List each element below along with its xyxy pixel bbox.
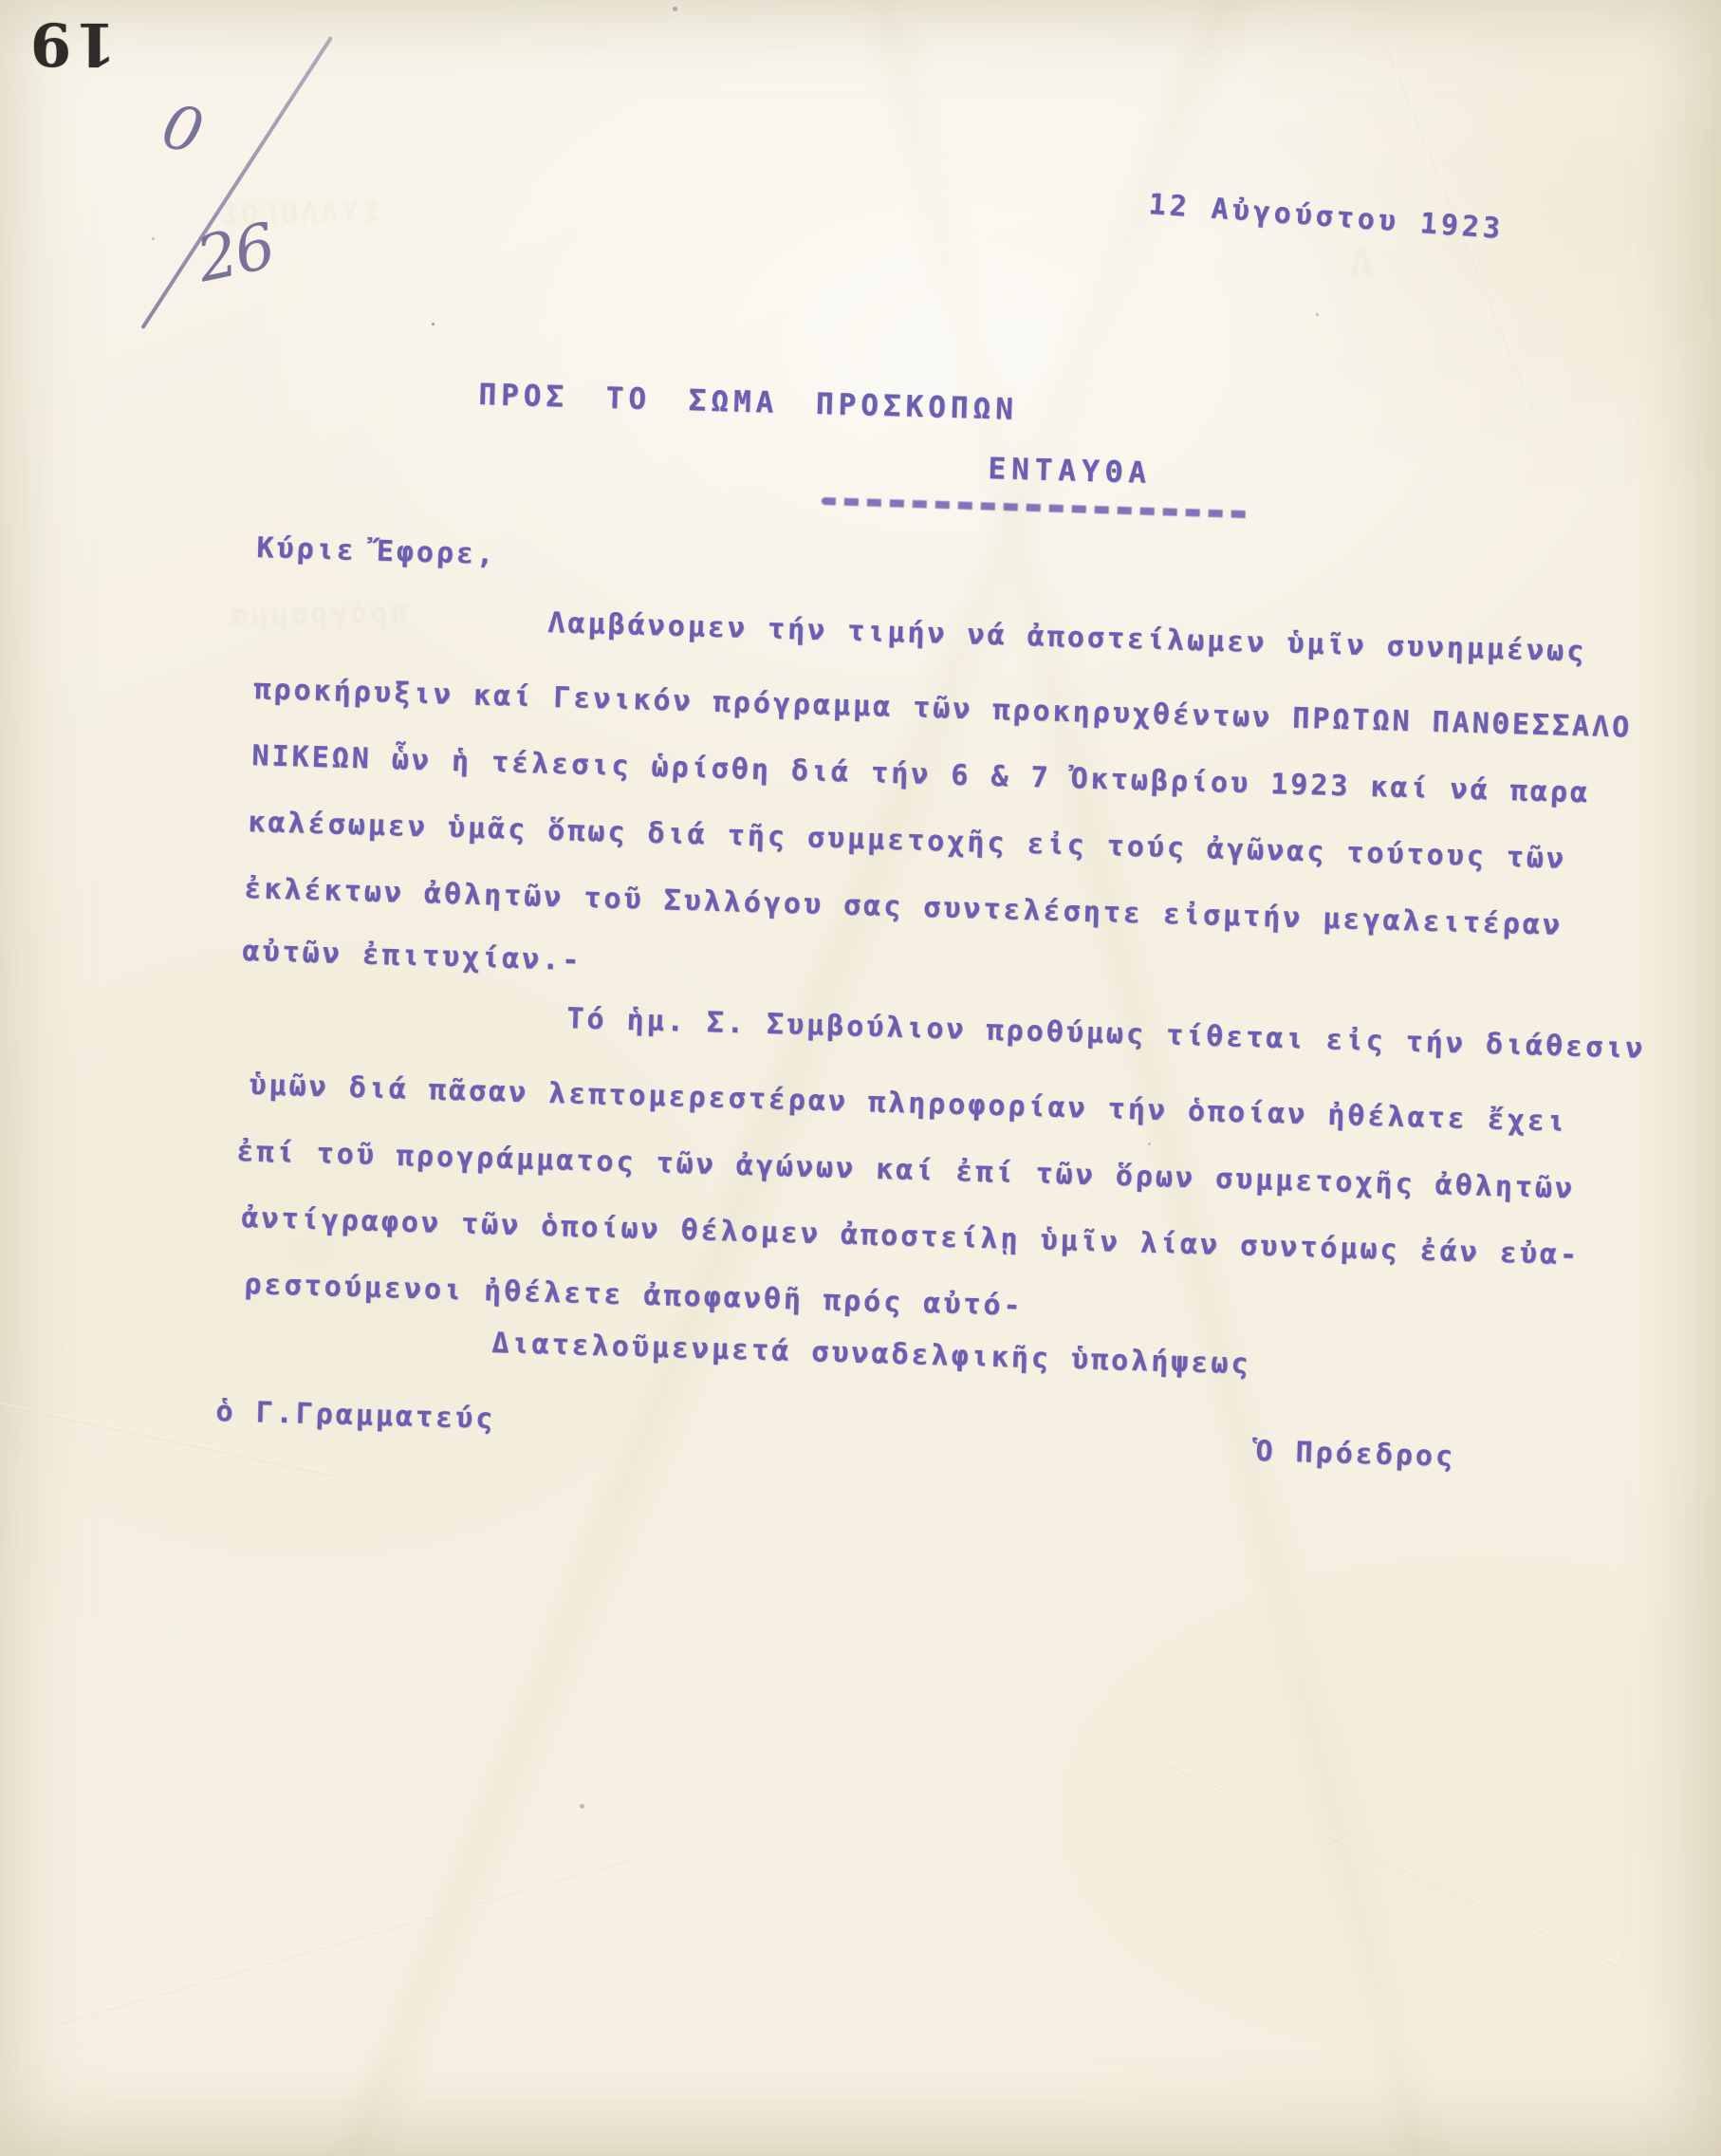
closing-line: Διατελοῦμενμετά συναδελφικῆς ὑπολήψεως bbox=[491, 1327, 1251, 1381]
bleed-through-text: Λ bbox=[1347, 242, 1374, 286]
body-line: προκήρυξιν καί Γενικόν πρόγραμμα τῶν προ… bbox=[253, 673, 1633, 745]
letter-date: 12 Αὐγούστου 1923 bbox=[1148, 188, 1506, 246]
location-line: ΕΝΤΑΥΘΑ bbox=[988, 452, 1153, 491]
body-line: ρεστούμενοι ἠθέλετε ἀποφανθῆ πρός αὐτό- bbox=[244, 1268, 1024, 1323]
body-line: Λαμβάνομεν τήν τιμήν νά ἀποστείλωμεν ὑμῖ… bbox=[547, 606, 1587, 669]
recipient-line: ΠΡΟΣ ΤΟ ΣΩΜΑ ΠΡΟΣΚΟΠΩΝ bbox=[478, 378, 1018, 427]
body-line: ἐπί τοῦ προγράμματος τῶν ἀγώνων καί ἐπί … bbox=[236, 1135, 1576, 1205]
body-line: ὑμῶν διά πᾶσαν λεπτομερεστέραν πληροφορί… bbox=[249, 1069, 1567, 1139]
body-line: αὐτῶν ἐπιτυχίαν.- bbox=[242, 935, 583, 977]
salutation: Κύριε Ἔφορε, bbox=[256, 531, 497, 571]
body-line: καλέσωμεν ὑμᾶς ὅπως διά τῆς συμμετοχῆς ε… bbox=[248, 806, 1566, 876]
body-line: ἐκλέκτων ἀθλητῶν τοῦ Συλλόγου σας συντελ… bbox=[244, 872, 1563, 942]
body-line: Τό ἡμ. Σ. Συμβούλιον προθύμως τίθεται εἰ… bbox=[566, 1002, 1646, 1066]
body-line: ἀντίγραφον τῶν ὁποίων θέλομεν ἀποστείλῃ … bbox=[241, 1201, 1581, 1272]
signature-president: Ὁ Πρόεδρος bbox=[1255, 1435, 1456, 1474]
bleed-through-text: πρόγραμμα bbox=[228, 596, 408, 632]
filing-note-denominator: 26 bbox=[191, 210, 280, 297]
filing-note-numerator: 0 bbox=[156, 91, 210, 169]
paper-speckles bbox=[432, 323, 435, 325]
page-number-stamp: 19 bbox=[27, 9, 116, 79]
dashed-underline bbox=[822, 497, 1252, 518]
paper-crease bbox=[1142, 1752, 1629, 1971]
paper-crease bbox=[49, 1857, 634, 2027]
body-line: ΝΙΚΕΩΝ ὧν ἡ τέλεσις ὡρίσθη διά τήν 6 & 7… bbox=[251, 739, 1591, 809]
scanned-letter-page: ΣΥΛΛΟΓΟΣ πρόγραμμα Λ 19 0 26 12 Αὐγούστο… bbox=[0, 0, 1721, 2156]
signature-secretary: ὁ Γ.Γραμματεύς bbox=[215, 1395, 496, 1436]
